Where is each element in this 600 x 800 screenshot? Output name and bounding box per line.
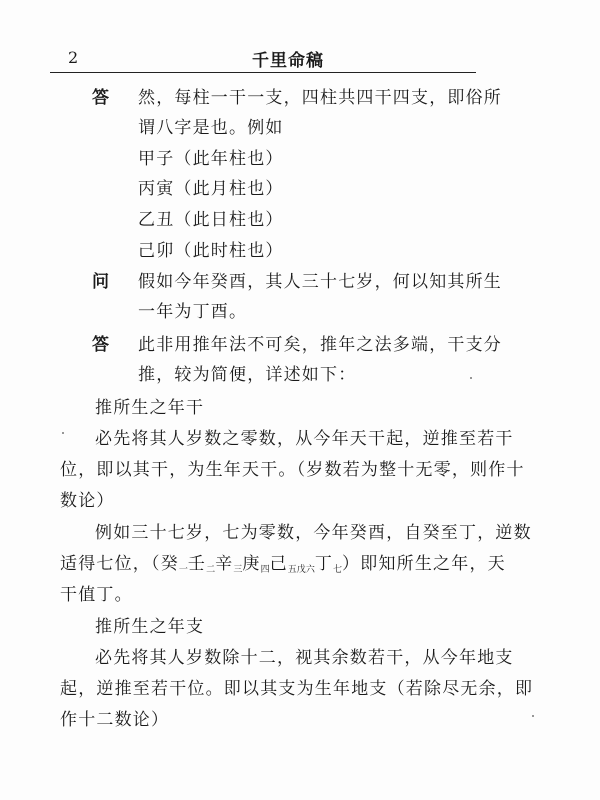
text-line: 假如今年癸酉，其人三十七岁，何以知其所生 — [138, 271, 502, 293]
stem-count: 二 — [206, 565, 215, 575]
text-line: 数论） — [60, 490, 115, 512]
stem: 辛 — [215, 554, 233, 574]
sequence-suffix: ）即知所生之年，天 — [342, 554, 506, 574]
scan-speck — [532, 715, 534, 717]
stem: 癸 — [161, 554, 179, 574]
stem-count: 六 — [306, 565, 315, 575]
stem: 戊 — [297, 565, 306, 575]
stem-count: 五 — [288, 565, 297, 575]
stem: 丁 — [315, 554, 333, 574]
section-heading: 推所生之年支 — [95, 616, 204, 638]
text-line: 然，每柱一干一支，四柱共四干四支，即俗所 — [138, 87, 502, 109]
scan-speck — [62, 432, 64, 434]
stem-count: 七 — [333, 565, 342, 575]
stem-count: 一 — [179, 565, 188, 575]
page-header: 2 千里命稿 — [50, 44, 476, 72]
text-line: 作十二数论） — [60, 709, 169, 731]
stem: 壬 — [188, 554, 206, 574]
text-line: 此非用推年法不可矣，推年之法多端，干支分 — [138, 334, 502, 356]
text-line: 一年为丁酉。 — [138, 301, 247, 323]
stem: 庚 — [242, 554, 260, 574]
text-line: 例如三十七岁，七为零数，今年癸酉，自癸至丁，逆数 — [95, 522, 532, 544]
section-heading: 推所生之年干 — [95, 397, 204, 419]
answer-label: 答 — [92, 334, 109, 356]
stem-count: 四 — [261, 565, 270, 575]
question-label: 问 — [92, 271, 109, 293]
text-line: 位，即以其干，为生年天干。（岁数若为整十无零，则作十 — [60, 459, 525, 481]
answer-label: 答 — [92, 87, 109, 109]
book-page: 2 千里命稿 答 然，每柱一干一支，四柱共四干四支，即俗所 谓八字是也。例如 甲… — [0, 0, 600, 800]
pillar-example-year: 甲子（此年柱也） — [138, 148, 284, 170]
stem: 己 — [270, 554, 288, 574]
sequence-prefix: 适得七位，（ — [60, 554, 161, 574]
pillar-example-day: 乙丑（此日柱也） — [138, 209, 284, 231]
header-rule — [50, 72, 476, 73]
scan-speck — [470, 377, 472, 379]
stem-count: 三 — [233, 565, 242, 575]
text-line: 干值丁。 — [60, 584, 133, 606]
pillar-example-month: 丙寅（此月柱也） — [138, 178, 284, 200]
text-line: 谓八字是也。例如 — [138, 117, 284, 139]
text-line: 推，较为简便，详述如下： — [138, 364, 356, 386]
stem-count-sequence-line: 适得七位，（癸一壬二辛三庚四己五戊六丁七）即知所生之年，天 — [60, 553, 506, 581]
running-title: 千里命稿 — [50, 46, 476, 71]
text-line: 起，逆推至若干位。即以其支为生年地支（若除尽无余，即 — [60, 678, 533, 700]
pillar-example-hour: 己卯（此时柱也） — [138, 240, 284, 262]
text-line: 必先将其人岁数之零数，从今年天干起，逆推至若干 — [95, 428, 514, 450]
text-line: 必先将其人岁数除十二，视其余数若干，从今年地支 — [95, 647, 514, 669]
